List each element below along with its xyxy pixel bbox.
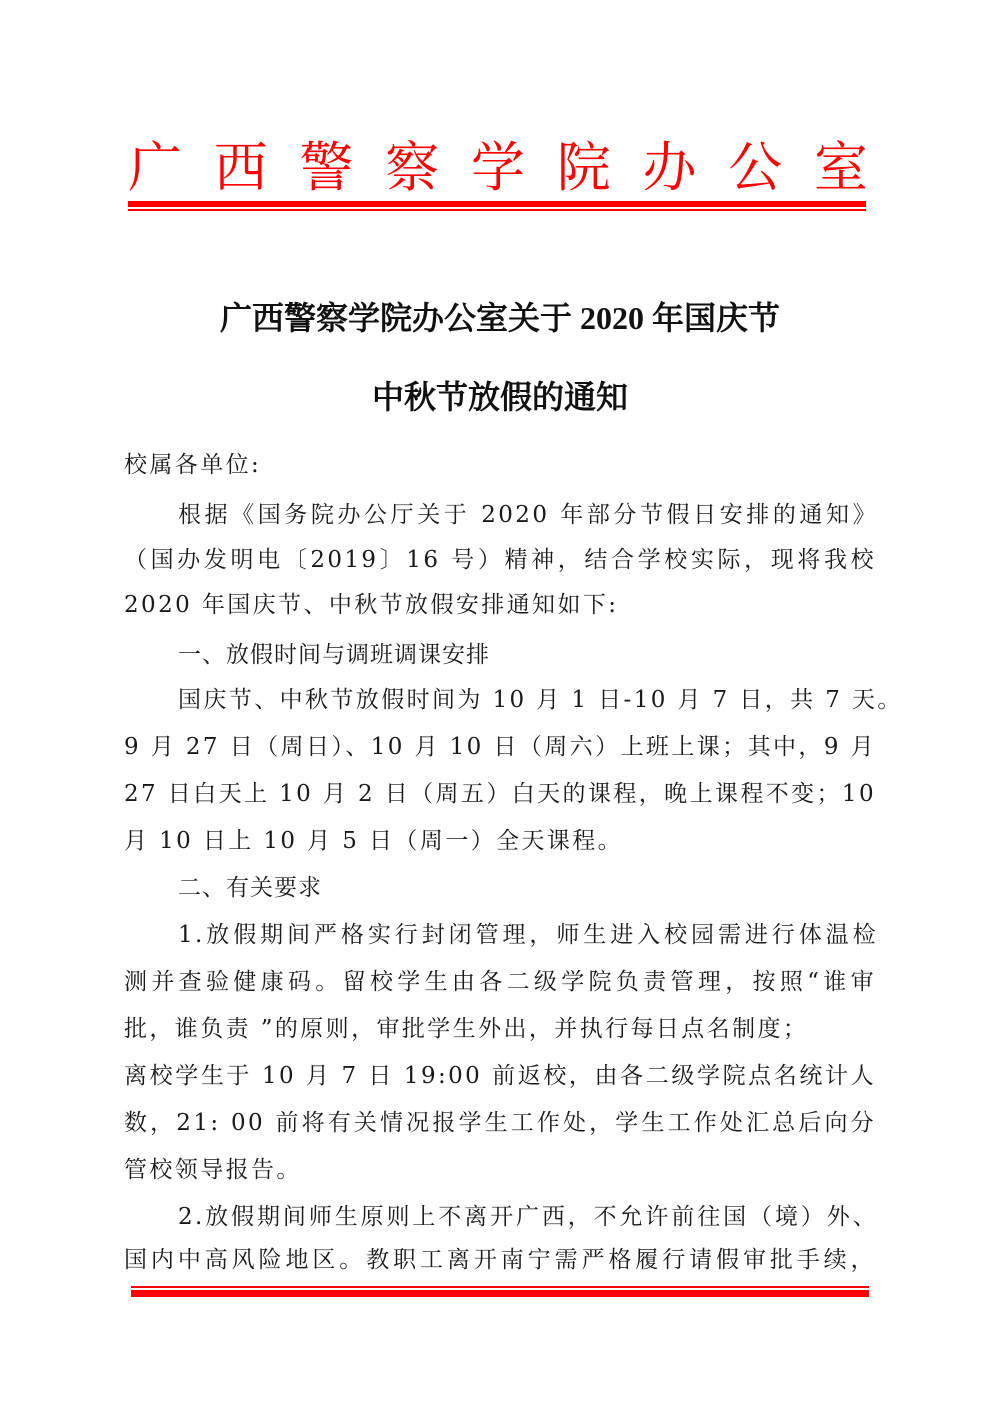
requirement-2-line: 国内中高风险地区。教职工离开南宁需严格履行请假审批手续， (124, 1245, 876, 1275)
requirement-1-line: 测并查验健康码。留校学生由各二级学院负责管理，按照“谁审 (124, 967, 876, 997)
masthead-office-name: 广 西 警 察 学 院 办 公 室 (128, 138, 868, 198)
requirement-1-line: 管校领导报告。 (124, 1155, 876, 1185)
masthead-red-rule-thick (128, 201, 866, 207)
section1-line: 月 10 日上 10 月 5 日（周一）全天课程。 (124, 826, 876, 856)
section-heading-2: 二、有关要求 (178, 873, 878, 903)
intro-line: 根据《国务院办公厅关于 2020 年部分节假日安排的通知》 (178, 500, 878, 530)
section1-line: 27 日白天上 10 月 2 日（周五）白天的课程，晚上课程不变；10 (124, 779, 876, 809)
document-title-line-1: 广西警察学院办公室关于 2020 年国庆节 (0, 298, 1000, 338)
masthead-char: 西 (214, 138, 268, 198)
masthead-red-rule-thin (128, 209, 866, 211)
section1-line: 9 月 27 日（周日）、10 月 10 日（周六）上班上课；其中，9 月 (124, 732, 876, 762)
footer-red-rule-thin (131, 1286, 869, 1288)
intro-line: （国办发明电〔2019〕16 号）精神，结合学校实际，现将我校 (124, 545, 876, 575)
masthead-char: 广 (128, 138, 182, 198)
requirement-1-line: 离校学生于 10 月 7 日 19:00 前返校，由各二级学院点名统计人 (124, 1061, 876, 1091)
document-title-line-2: 中秋节放假的通知 (0, 377, 1000, 417)
requirement-1-line: 1.放假期间严格实行封闭管理，师生进入校园需进行体温检 (178, 920, 878, 950)
masthead-char: 学 (471, 138, 525, 198)
intro-line: 2020 年国庆节、中秋节放假安排通知如下: (124, 590, 876, 620)
salutation: 校属各单位: (124, 450, 876, 480)
section1-line: 国庆节、中秋节放假时间为 10 月 1 日-10 月 7 日，共 7 天。 (178, 685, 878, 715)
masthead-char: 院 (557, 138, 611, 198)
requirement-1-line: 批，谁负责 ”的原则，审批学生外出，并执行每日点名制度； (124, 1014, 876, 1044)
requirement-2-line: 2.放假期间师生原则上不离开广西，不允许前往国（境）外、 (178, 1202, 878, 1232)
footer-red-rule-thick (131, 1290, 869, 1297)
requirement-1-line: 数，21: 00 前将有关情况报学生工作处，学生工作处汇总后向分 (124, 1108, 876, 1138)
masthead-char: 警 (300, 138, 354, 198)
section-heading-1: 一、放假时间与调班调课安排 (178, 640, 878, 670)
masthead-char: 察 (385, 138, 439, 198)
masthead-char: 办 (643, 138, 697, 198)
masthead-char: 室 (814, 138, 868, 198)
masthead-char: 公 (728, 138, 782, 198)
